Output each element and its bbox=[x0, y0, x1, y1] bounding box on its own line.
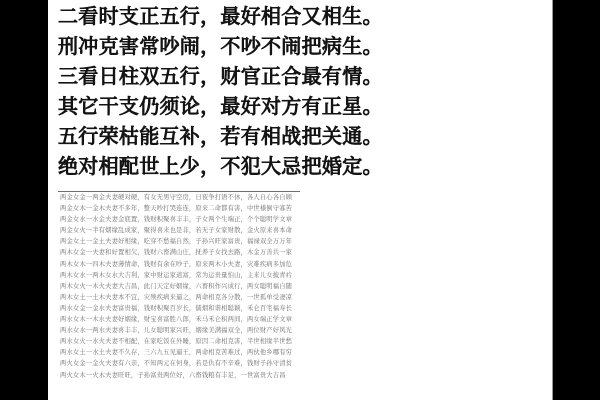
poem-line: 绝对相配世上少，不犯大忌把婚定。 bbox=[58, 151, 538, 181]
table-row: 两金女火一半有烟缘乱成家，聚得喜来也是非，若无子女家财散，金火原来喜本命 bbox=[58, 225, 300, 236]
table-row: 两木女土一土木夫妻本不宜，灾殃疾病来逼之，两命相克各分散，一世孤单受凄凉 bbox=[58, 292, 300, 303]
table-row: 两水女水一两水夫妻喜丰丰，儿女聪明家兴旺，姻缘美满福双全，两位财产好风光 bbox=[58, 325, 300, 336]
poem-block: 二看时支正五行，最好相合又相生。 刑冲克害常吵闹，不吵不闹把病生。 三看日柱双五… bbox=[58, 0, 538, 181]
marriage-compatibility-table: 两金女金一两金夫妻硬对硬，有女无男守空房，日夜争打语不休，各人自心各自顾 两金女… bbox=[58, 191, 300, 381]
poem-line: 二看时支正五行，最好相合又相生。 bbox=[58, 1, 538, 31]
table-row: 两水女木一木水夫妻好姻缘，财宝喜富胜八郎，禾马禾仑积两间，两女端正学文章 bbox=[58, 314, 300, 325]
table-row: 两木女水一两木女水大吉利，家中财运家道富，常为运贵量怕山，主来儿女披青衿 bbox=[58, 270, 300, 281]
table-row: 两水女火一水火夫妻不相配，在家吃饭在外睡，原因二命相克害，半世相缘半世愁 bbox=[58, 336, 300, 347]
table-row: 两金女金一两金夫妻硬对硬，有女无男守空房，日夜争打语不休，各人自心各自顾 bbox=[58, 192, 300, 203]
table-row: 两火女金一金火夫妻有六亲，不知两元在何身，若是仇有不辛难，钱财子孙守清贫 bbox=[58, 358, 300, 369]
table-row: 两金女土一金土夫妻好相缘，吃穿不愁福自然，子孙兴旺家富贵，福禄双全万万年 bbox=[58, 236, 300, 247]
poem-line: 刑冲克害常吵闹，不吵不闹把病生。 bbox=[58, 31, 538, 61]
poem-line: 五行荣枯能互补，若有相战把关通。 bbox=[58, 121, 538, 151]
table-row: 两木女金一夫妻和好置相欠，钱财六畜满山庄，抚养子女找去路，木金万善共一家 bbox=[58, 247, 300, 258]
table-row: 两木女火一木火夫妻大吉昌，此门天定好姻缘，六畜积作兴成行，两女聪明福自随 bbox=[58, 281, 300, 292]
poem-line: 三看日柱双五行，财官正合最有情。 bbox=[58, 61, 538, 91]
table-row: 两金女水一水金夫妻金底置，钱财积聚喜丰丰，子女两个生端正，个个聪明学文章 bbox=[58, 214, 300, 225]
table-row: 两水女金一金水夫妻富贵福，钱财积聚百岁长，儒烟和谐相聪颖，禾仑百宅福寿长 bbox=[58, 303, 300, 314]
table-row: 两火女木一火木夫妻旺旺，子孙富贵两位好，六畜钱粮有丰足，一世富贵大吉昌 bbox=[58, 370, 300, 381]
table-row: 两木女木一四木夫妻薄情命，钱财有余在吵子，原来两木小夫妻，灾难疾病多加危 bbox=[58, 259, 300, 270]
poem-line: 其它干支仍须论，最好对方有正星。 bbox=[58, 91, 538, 121]
table-row: 两金女木一金木夫妻不多年，整天吵打哭连连，原来二命都有害，中世様倒守寡苦 bbox=[58, 203, 300, 214]
document-page: 二看时支正五行，最好相合又相生。 刑冲克害常吵闹，不吵不闹把病生。 三看日柱双五… bbox=[48, 0, 553, 400]
table-row: 两水女土一水土夫妻不久存，三六九五见逼王，两命相克苦难过，两伙他乡哪有穷 bbox=[58, 347, 300, 358]
